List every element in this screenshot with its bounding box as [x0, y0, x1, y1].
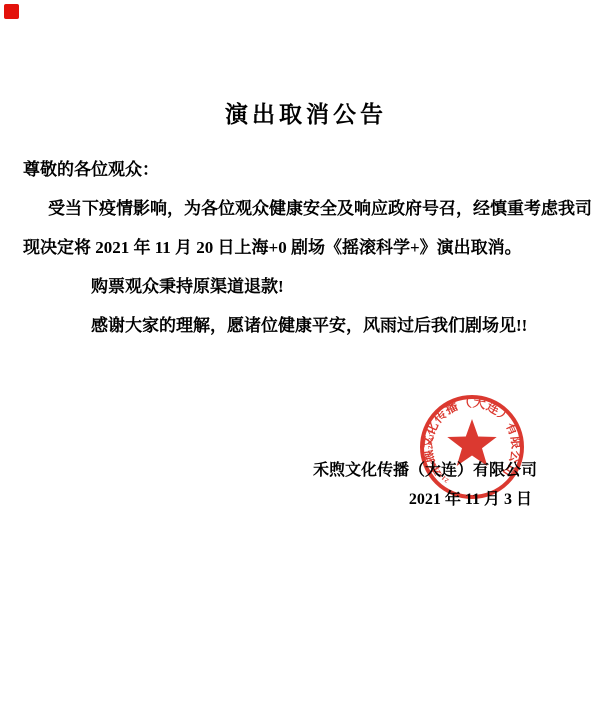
seal-star-icon — [447, 419, 496, 466]
body-line-2: 现决定将 2021 年 11 月 20 日上海+0 剧场《摇滚科学+》演出取消。 — [23, 228, 592, 267]
body-line-1: 受当下疫情影响，为各位观众健康安全及响应政府号召，经慎重考虑我司 — [23, 189, 592, 228]
body-line-3: 购票观众秉持原渠道退款! — [23, 267, 592, 306]
company-seal: 禾煦文化传播（大连）有限公司 210231009120312 — [417, 393, 527, 503]
greeting-line: 尊敬的各位观众： — [23, 150, 592, 189]
body-line-4: 感谢大家的理解，愿诸位健康平安，风雨过后我们剧场见!! — [23, 306, 592, 345]
document-body: 尊敬的各位观众： 受当下疫情影响，为各位观众健康安全及响应政府号召，经慎重考虑我… — [23, 150, 592, 345]
announcement-document: 演出取消公告 尊敬的各位观众： 受当下疫情影响，为各位观众健康安全及响应政府号召… — [0, 0, 612, 715]
document-title: 演出取消公告 — [0, 96, 612, 129]
red-corner-marker — [4, 4, 19, 19]
